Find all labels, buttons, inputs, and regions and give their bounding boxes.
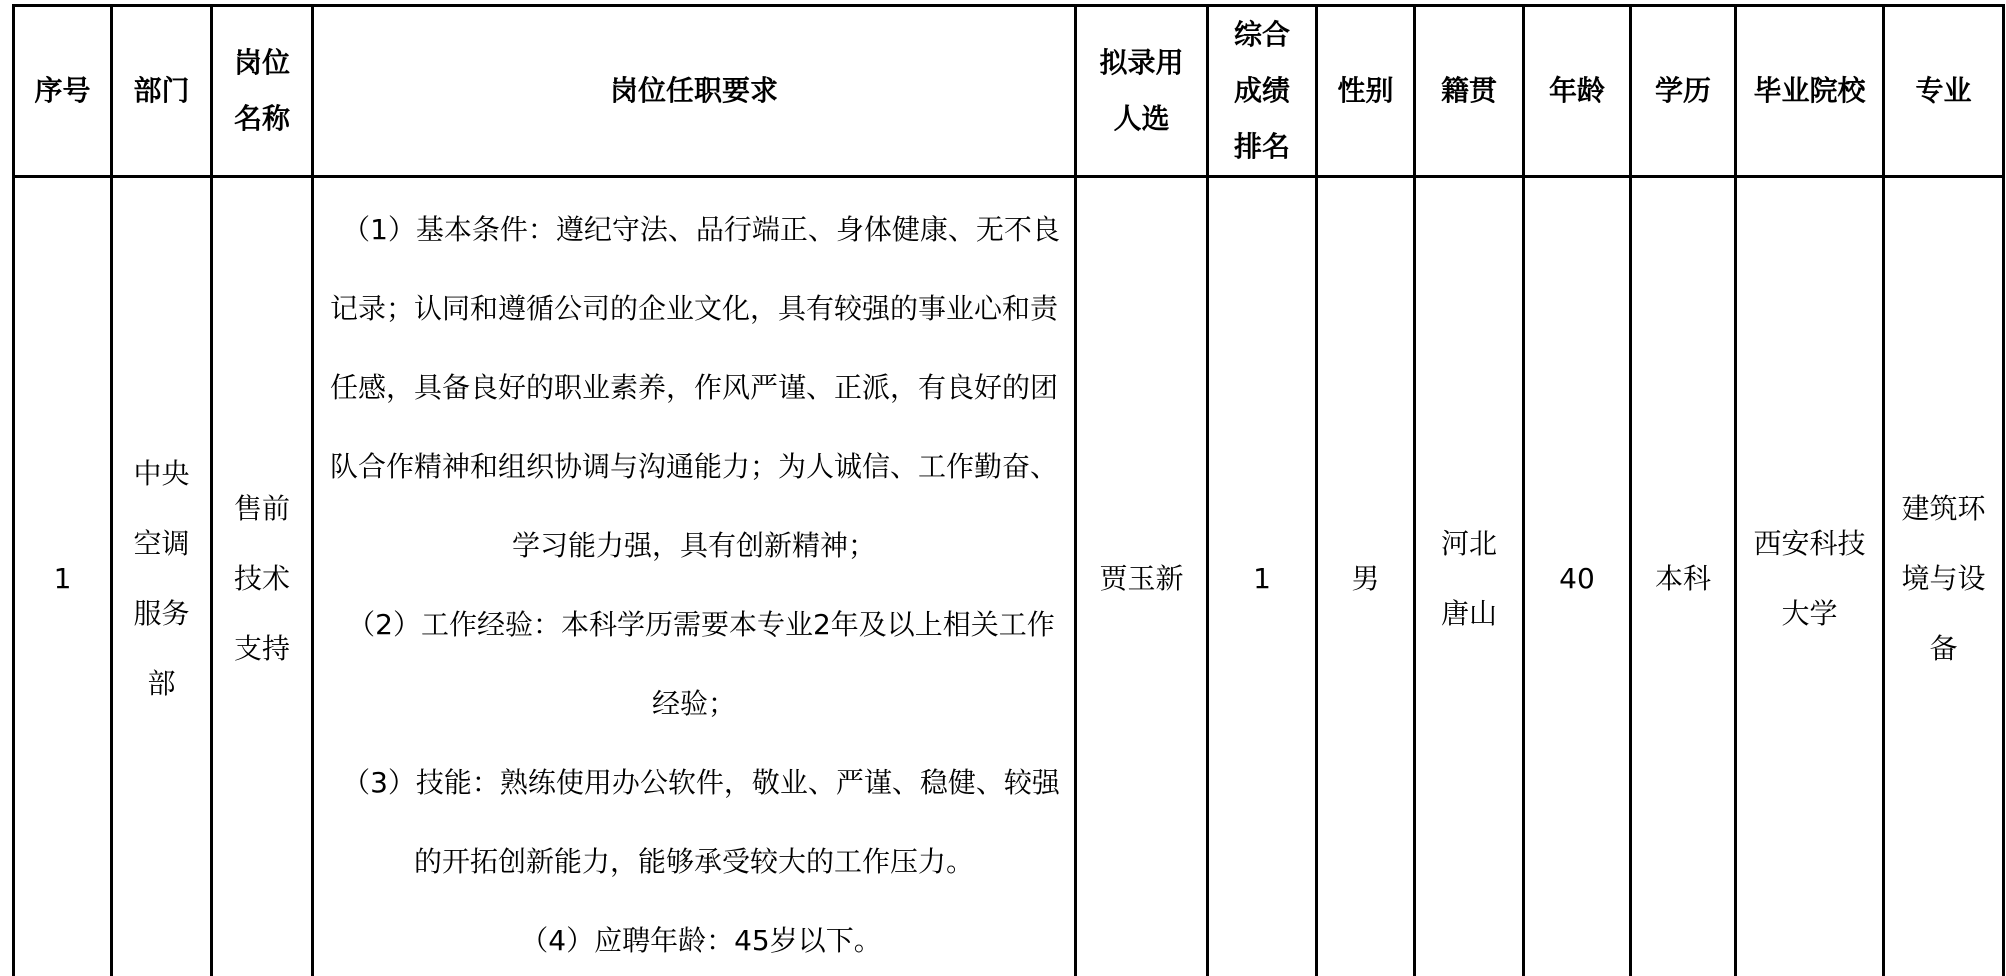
hiring-announcement-table: 序号 部门 岗位 名称 岗位任职要求 拟录用 人选 综合 成绩 排名 性别 籍贯… xyxy=(12,4,2005,976)
header-school: 毕业院校 xyxy=(1736,6,1884,177)
requirement-line: （3）技能：熟练使用办公软件，敬业、严谨、稳健、较强 xyxy=(314,743,1074,822)
requirement-line: （1）基本条件：遵纪守法、品行端正、身体健康、无不良 xyxy=(314,190,1074,269)
cell-age: 40 xyxy=(1524,177,1631,976)
requirement-line: 任感，具备良好的职业素养，作风严谨、正派，有良好的团 xyxy=(314,348,1074,427)
header-seq: 序号 xyxy=(14,6,112,177)
cell-candidate: 贾玉新 xyxy=(1076,177,1208,976)
header-position: 岗位 名称 xyxy=(212,6,313,177)
requirement-line: 经验； xyxy=(314,664,1074,743)
requirement-line: （4）应聘年龄：45岁以下。 xyxy=(314,901,1074,976)
header-dept: 部门 xyxy=(112,6,212,177)
requirements-text: （1）基本条件：遵纪守法、品行端正、身体健康、无不良记录；认同和遵循公司的企业文… xyxy=(314,178,1074,976)
cell-major: 建筑环 境与设 备 xyxy=(1884,177,2004,976)
table-row: 1 中央 空调 服务 部 售前 技术 支持 （1）基本条件：遵纪守法、品行端正、… xyxy=(14,177,2004,976)
requirement-line: 队合作精神和组织协调与沟通能力；为人诚信、工作勤奋、 xyxy=(314,427,1074,506)
requirement-line: 学习能力强，具有创新精神； xyxy=(314,506,1074,585)
cell-seq: 1 xyxy=(14,177,112,976)
header-candidate: 拟录用 人选 xyxy=(1076,6,1208,177)
header-gender: 性别 xyxy=(1317,6,1415,177)
requirement-line: 的开拓创新能力，能够承受较大的工作压力。 xyxy=(314,822,1074,901)
cell-education: 本科 xyxy=(1631,177,1736,976)
header-ranking: 综合 成绩 排名 xyxy=(1208,6,1317,177)
header-education: 学历 xyxy=(1631,6,1736,177)
header-age: 年龄 xyxy=(1524,6,1631,177)
header-major: 专业 xyxy=(1884,6,2004,177)
cell-requirements: （1）基本条件：遵纪守法、品行端正、身体健康、无不良记录；认同和遵循公司的企业文… xyxy=(313,177,1076,976)
header-requirements: 岗位任职要求 xyxy=(313,6,1076,177)
cell-position: 售前 技术 支持 xyxy=(212,177,313,976)
requirement-line: 记录；认同和遵循公司的企业文化，具有较强的事业心和责 xyxy=(314,269,1074,348)
cell-school: 西安科技 大学 xyxy=(1736,177,1884,976)
requirement-line: （2）工作经验：本科学历需要本专业2年及以上相关工作 xyxy=(314,585,1074,664)
header-origin: 籍贯 xyxy=(1415,6,1524,177)
header-row: 序号 部门 岗位 名称 岗位任职要求 拟录用 人选 综合 成绩 排名 性别 籍贯… xyxy=(14,6,2004,177)
cell-ranking: 1 xyxy=(1208,177,1317,976)
cell-gender: 男 xyxy=(1317,177,1415,976)
cell-origin: 河北 唐山 xyxy=(1415,177,1524,976)
cell-dept: 中央 空调 服务 部 xyxy=(112,177,212,976)
